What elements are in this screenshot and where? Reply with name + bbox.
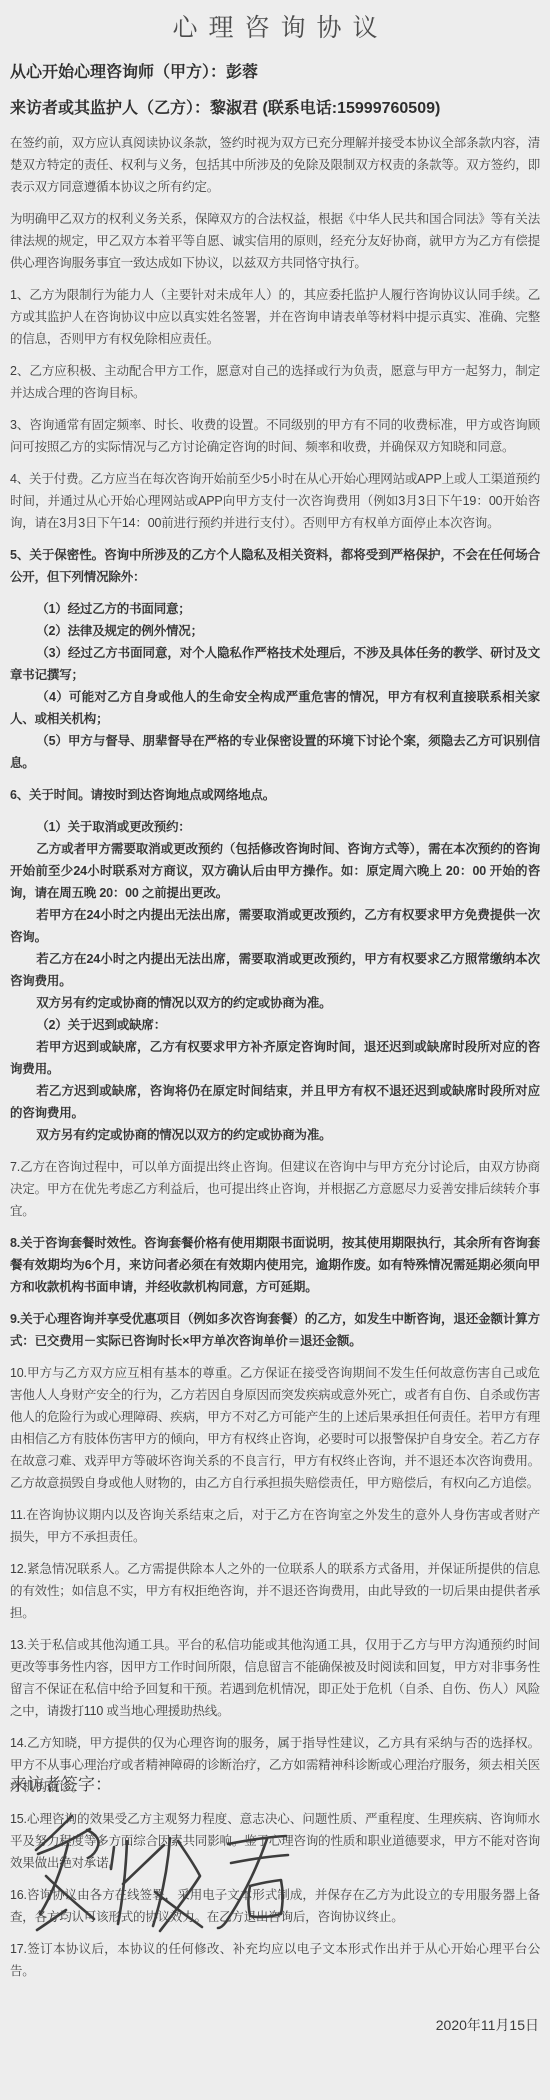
clause-6-note-4: 双方另有约定或协商的情况以双方的约定或协商为准。 [10,992,540,1014]
clause-10: 10.甲方与乙方双方应互相有基本的尊重。乙方保证在接受咨询期间不发生任何故意伤害… [10,1362,540,1494]
clause-6-note-5: 若甲方迟到或缺席，乙方有权要求甲方补齐原定咨询时间，退还迟到或缺席时段所对应的咨… [10,1036,540,1080]
clause-5: 5、关于保密性。咨询中所涉及的乙方个人隐私及相关资料，都将受到严格保护，不会在任… [10,544,540,588]
clause-6-note-6: 若乙方迟到或缺席，咨询将仍在原定时间结束，并且甲方有权不退还迟到或缺席时段所对应… [10,1080,540,1124]
clause-6-note-1: 乙方或者甲方需要取消或更改预约（包括修改咨询时间、咨询方式等），需在本次预约的咨… [10,838,540,904]
party-a-line: 从心开始心理咨询师（甲方）：彭蓉 [10,60,540,86]
clause-5-item-4: （4）可能对乙方自身或他人的生命安全构成严重危害的情况，甲方有权利直接联系相关家… [10,686,540,730]
clause-3: 3、咨询通常有固定频率、时长、收费的设置。不同级别的甲方有不同的收费标准，甲方或… [10,414,540,458]
clause-6-item-1: （1）关于取消或更改预约： [10,816,540,838]
page-title: 心理咨询协议 [10,8,540,44]
agreement-body: 心理咨询协议 从心开始心理咨询师（甲方）：彭蓉 来访者或其监护人（乙方）：黎淑君… [0,8,550,1982]
clause-11: 11.在咨询协议期内以及咨询关系结束之后，对于乙方在咨询室之外发生的意外人身伤害… [10,1504,540,1548]
clause-6: 6、关于时间。请按时到达咨询地点或网络地点。 [10,784,540,806]
clause-5-item-2: （2）法律及规定的例外情况； [10,620,540,642]
clause-12: 12.紧急情况联系人。乙方需提供除本人之外的一位联系人的联系方式备用，并保证所提… [10,1558,540,1624]
signature-date: 2020年11月15日 [436,2015,539,2035]
clause-4: 4、关于付费。乙方应当在每次咨询开始前至少5小时在从心开始心理网站或APP上或人… [10,468,540,534]
agreement-page: 心理咨询协议 从心开始心理咨询师（甲方）：彭蓉 来访者或其监护人（乙方）：黎淑君… [0,0,550,2100]
clause-6-item-2: （2）关于迟到或缺席： [10,1014,540,1036]
clause-1: 1、乙方为限制行为能力人（主要针对未成年人）的，其应委托监护人履行咨询协议认同手… [10,284,540,350]
handwritten-signature [10,1800,310,1960]
party-b-line: 来访者或其监护人（乙方）：黎淑君 (联系电话:15999760509) [10,96,540,122]
clause-5-item-3: （3）经过乙方书面同意，对个人隐私作严格技术处理后，不涉及具体任务的教学、研讨及… [10,642,540,686]
clause-5-item-1: （1）经过乙方的书面同意； [10,598,540,620]
clause-7: 7.乙方在咨询过程中，可以单方面提出终止咨询。但建议在咨询中与甲方充分讨论后，由… [10,1156,540,1222]
visitor-signature-label: 来访者签字： [10,1770,112,1795]
clause-8: 8.关于咨询套餐时效性。咨询套餐价格有使用期限书面说明，按其使用期限执行，其余所… [10,1232,540,1298]
clause-9: 9.关于心理咨询并享受优惠项目（例如多次咨询套餐）的乙方，如发生中断咨询，退还金… [10,1308,540,1352]
clause-13: 13.关于私信或其他沟通工具。平台的私信功能或其他沟通工具，仅用于乙方与甲方沟通… [10,1634,540,1722]
clause-2: 2、乙方应积极、主动配合甲方工作，愿意对自己的选择或行为负责，愿意与甲方一起努力… [10,360,540,404]
clause-6-note-2: 若甲方在24小时之内提出无法出席，需要取消或更改预约，乙方有权要求甲方免费提供一… [10,904,540,948]
clause-6-note-3: 若乙方在24小时之内提出无法出席，需要取消或更改预约，甲方有权要求乙方照常缴纳本… [10,948,540,992]
intro-paragraph: 在签约前，双方应认真阅读协议条款，签约时视为双方已充分理解并接受本协议全部条款内… [10,132,540,198]
preamble-paragraph: 为明确甲乙双方的权利义务关系，保障双方的合法权益，根据《中华人民共和国合同法》等… [10,208,540,274]
clause-5-item-5: （5）甲方与督导、朋辈督导在严格的专业保密设置的环境下讨论个案，须隐去乙方可识别… [10,730,540,774]
clause-6-note-7: 双方另有约定或协商的情况以双方的约定或协商为准。 [10,1124,540,1146]
